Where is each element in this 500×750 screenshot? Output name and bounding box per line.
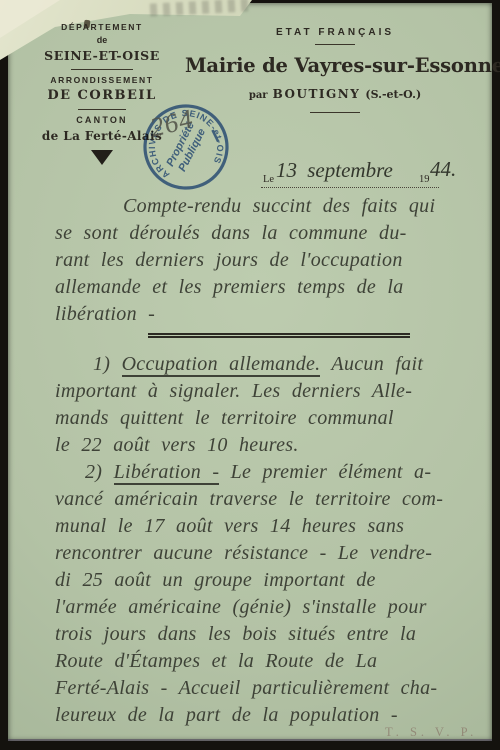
- date-year-handwritten: 44.: [430, 157, 456, 182]
- date-handwritten: 13 septembre: [276, 158, 393, 183]
- handwritten-line: Compte-rendu succint des faits qui: [55, 193, 479, 220]
- handwritten-line: Route d'Étampes et la Route de La: [55, 648, 479, 675]
- subtitle-dept: (S.-et-O.): [365, 88, 421, 101]
- departement-de: de: [22, 35, 182, 45]
- handwritten-line: Ferté-Alais - Accueil particulièrement c…: [55, 675, 479, 702]
- handwritten-line: le 22 août vers 10 heures.: [55, 432, 479, 459]
- departement-name: SEINE-ET-OISE: [22, 48, 182, 63]
- date-printed-19: 19: [419, 174, 430, 185]
- handwritten-line: l'armée américaine (génie) s'installe po…: [55, 594, 479, 621]
- section-divider: [55, 333, 479, 351]
- tsvp-note: T. S. V. P.: [385, 725, 477, 740]
- divider-double-rule: [148, 333, 410, 338]
- handwritten-line: munal le 17 août vers 14 heures sans: [55, 513, 479, 540]
- handwritten-line: 2) Libération - Le premier élément a-: [55, 459, 479, 486]
- arrondissement-name: DE CORBEIL: [22, 88, 182, 103]
- page-title: Mairie de Vayres-sur-Essonne: [185, 54, 485, 77]
- scan-edge-line: [8, 739, 492, 741]
- divider-rule: [71, 69, 133, 70]
- handwritten-line: important à signaler. Les derniers Alle-: [55, 378, 479, 405]
- departement-label: DÉPARTEMENT: [22, 22, 182, 32]
- subtitle-commune: BOUTIGNY: [273, 87, 361, 101]
- handwritten-line: 1) Occupation allemande. Aucun fait: [55, 351, 479, 378]
- right-letterhead: ETAT FRANÇAIS Mairie de Vayres-sur-Esson…: [185, 27, 485, 113]
- handwritten-line: vancé américain traverse le territoire c…: [55, 486, 479, 513]
- handwritten-line: rencontrer aucune résistance - Le vendre…: [55, 540, 479, 567]
- subtitle: par BOUTIGNY (S.-et-O.): [185, 83, 485, 102]
- divider-rule: [310, 112, 360, 113]
- handwritten-line: se sont déroulés dans la commune du-: [55, 220, 479, 247]
- handwritten-line: trois jours dans les bois situés entre l…: [55, 621, 479, 648]
- scanned-document: DÉPARTEMENT de SEINE-ET-OISE ARRONDISSEM…: [0, 0, 500, 750]
- divider-rule: [315, 44, 355, 45]
- etat-francais-label: ETAT FRANÇAIS: [185, 27, 485, 38]
- date-printed-le: Le: [263, 174, 274, 185]
- handwritten-line: rant les derniers jours de l'occupation: [55, 247, 479, 274]
- subtitle-par: par: [249, 90, 268, 101]
- triangle-icon: [91, 150, 113, 165]
- arrondissement-label: ARRONDISSEMENT: [22, 75, 182, 85]
- date-dotted-line: [261, 187, 439, 188]
- handwritten-line: libération -: [55, 301, 479, 328]
- handwritten-lines: Compte-rendu succint des faits quise son…: [55, 193, 479, 729]
- divider-rule: [78, 109, 126, 110]
- handwritten-line: mands quittent le territoire communal: [55, 405, 479, 432]
- handwritten-line: allemande et les premiers temps de la: [55, 274, 479, 301]
- handwritten-line: di 25 août un groupe important de: [55, 567, 479, 594]
